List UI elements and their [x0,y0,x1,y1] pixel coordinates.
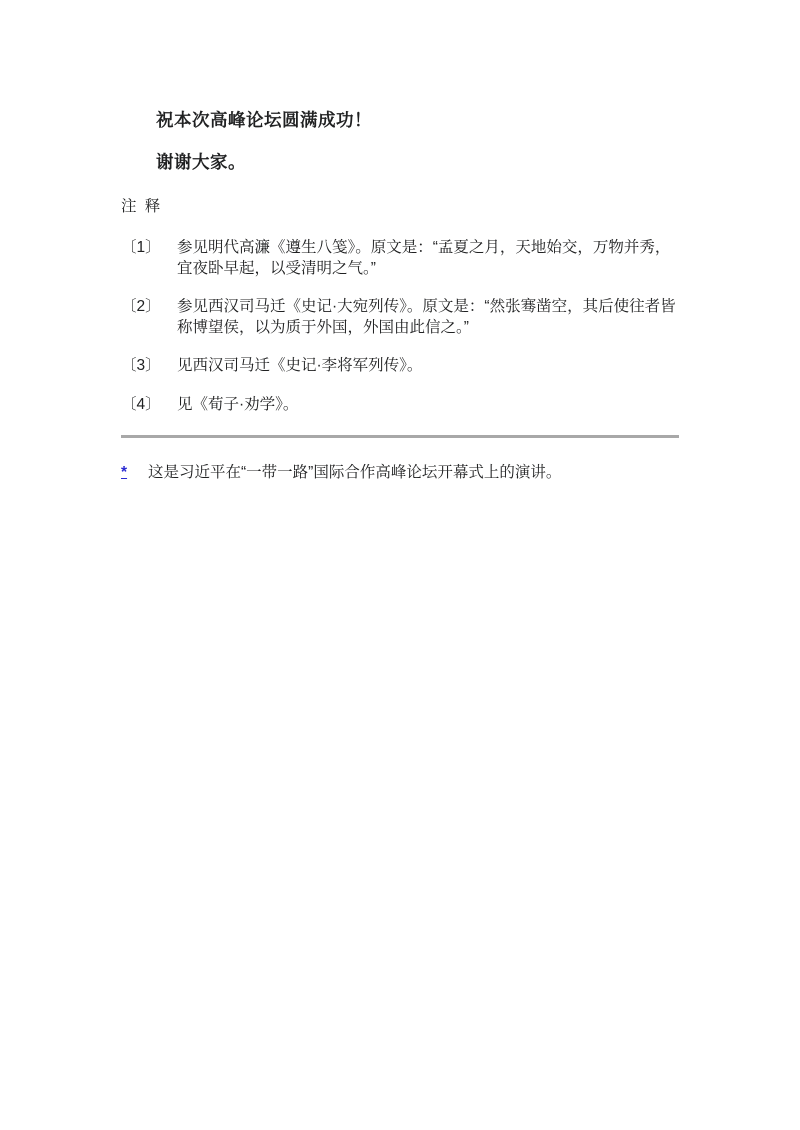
footnote-marker: 〔4〕 [121,395,177,416]
closing-paragraph-1: 祝本次高峰论坛圆满成功！ [121,109,679,131]
footnote-text: 见《荀子·劝学》。 [177,395,679,416]
footnote-marker: 〔3〕 [121,356,177,377]
footer-marker: * [121,462,148,483]
footnote-text: 见西汉司马迁《史记·李将军列传》。 [177,356,679,377]
document-page: 祝本次高峰论坛圆满成功！ 谢谢大家。 注 释 〔1〕 参见明代高濂《遵生八笺》。… [0,0,800,483]
closing-paragraph-2: 谢谢大家。 [121,151,679,173]
notes-heading: 注 释 [121,197,679,217]
footnote-marker: 〔2〕 [121,297,177,318]
footnote-item: 〔2〕 参见西汉司马迁《史记·大宛列传》。原文是：“然张骞凿空，其后使往者皆称博… [121,297,679,338]
footer-note-text: 这是习近平在“一带一路”国际合作高峰论坛开幕式上的演讲。 [148,462,679,483]
footnote-text: 参见明代高濂《遵生八笺》。原文是：“孟夏之月，天地始交，万物并秀，宜夜卧早起，以… [177,238,679,279]
footer-note: * 这是习近平在“一带一路”国际合作高峰论坛开幕式上的演讲。 [121,462,679,483]
footnote-item: 〔4〕 见《荀子·劝学》。 [121,395,679,416]
footnote-item: 〔1〕 参见明代高濂《遵生八笺》。原文是：“孟夏之月，天地始交，万物并秀，宜夜卧… [121,238,679,279]
section-divider [121,435,679,438]
footnote-asterisk-link[interactable]: * [121,464,127,481]
footnote-marker: 〔1〕 [121,238,177,259]
footnote-text: 参见西汉司马迁《史记·大宛列传》。原文是：“然张骞凿空，其后使往者皆称博望侯，以… [177,297,679,338]
footnote-item: 〔3〕 见西汉司马迁《史记·李将军列传》。 [121,356,679,377]
